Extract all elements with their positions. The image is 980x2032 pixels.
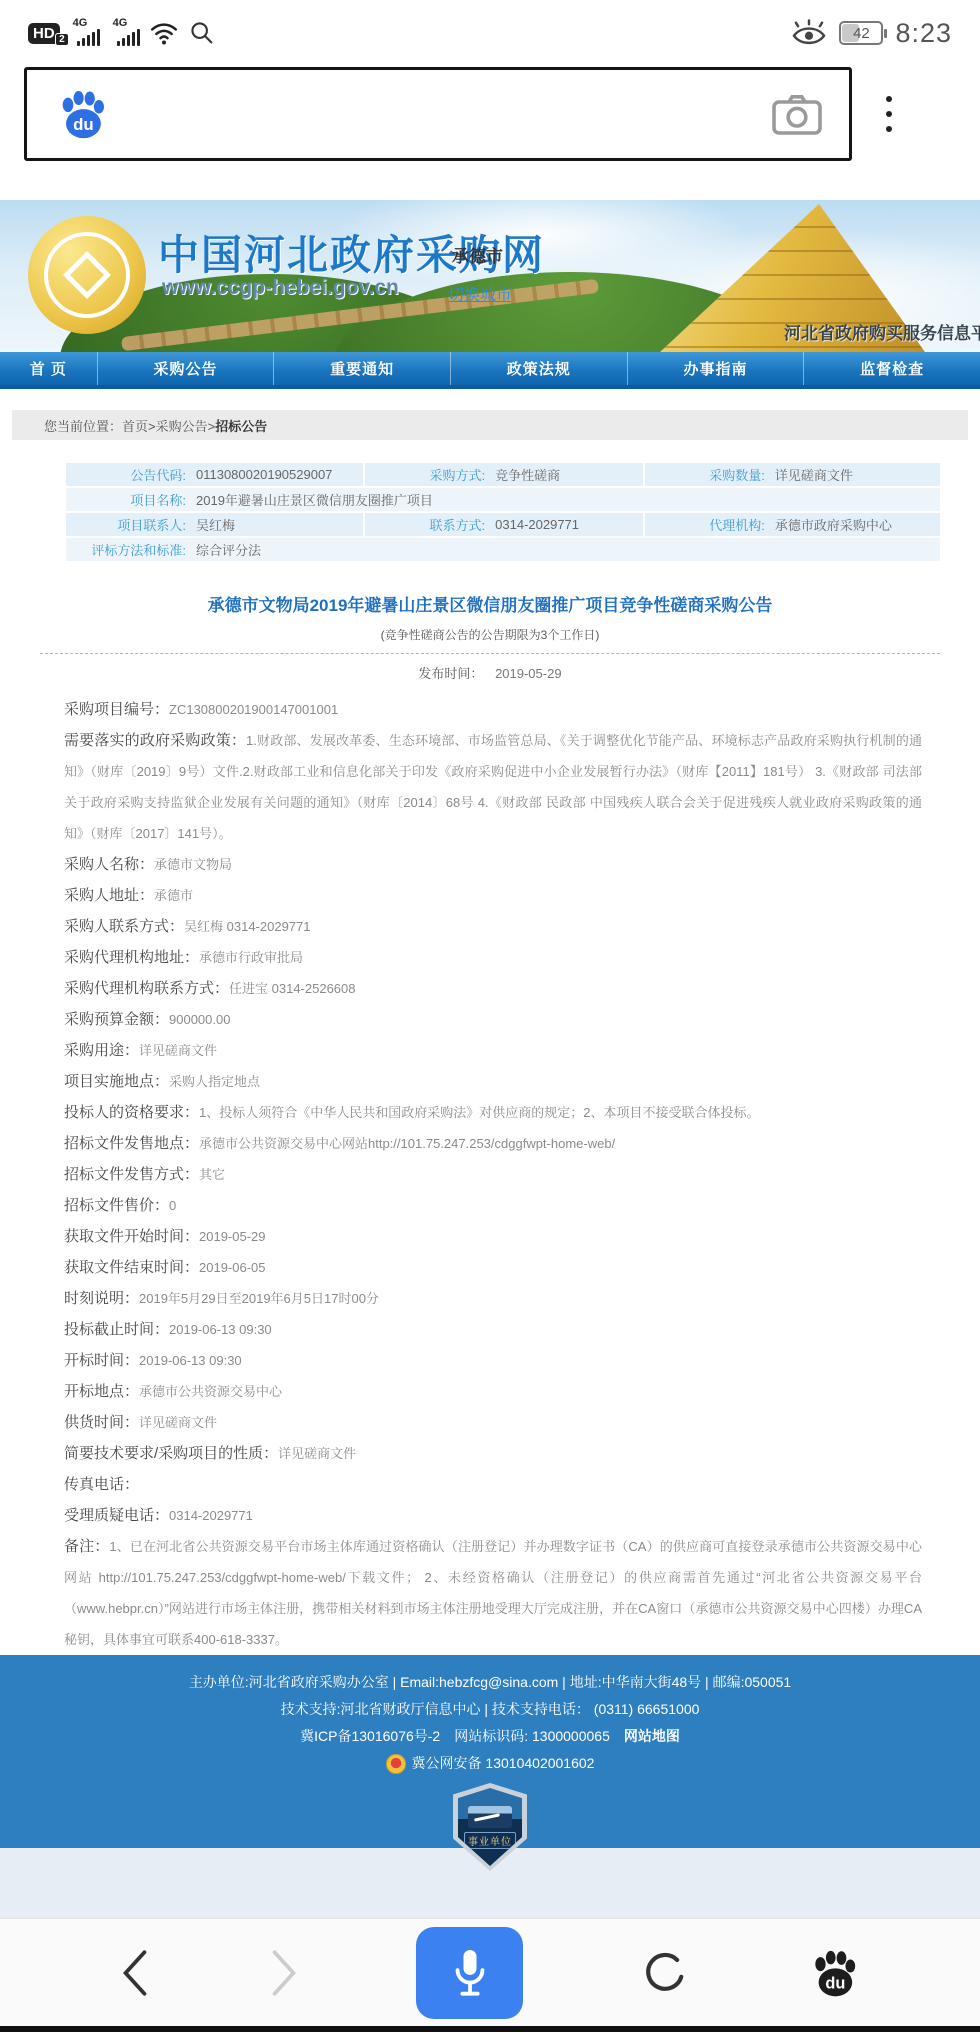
site-banner: 中国河北政府采购网 www.ccgp-hebei.gov.cn 承德市 切换城市… — [0, 200, 980, 352]
article-line: 采购预算金额：900000.00 — [64, 1004, 922, 1035]
breadcrumb-current: 招标公告 — [215, 416, 267, 435]
line-label: 采购代理机构联系方式： — [64, 980, 229, 997]
field-label: 公告代码: — [66, 465, 196, 484]
field-value: 综合评分法 — [196, 540, 261, 559]
info-table-row: 项目名称:2019年避暑山庄景区微信朋友圈推广项目 — [66, 488, 940, 513]
line-label: 获取文件结束时间： — [64, 1259, 199, 1276]
info-table-cell: 项目联系人:吴红梅 — [66, 513, 363, 536]
footer-line: 技术支持:河北省财政厅信息中心 | 技术支持电话： (0311) 6665100… — [0, 1696, 980, 1723]
line-value: 详见磋商文件 — [139, 1415, 217, 1430]
article-line: 时刻说明：2019年5月29日至2019年6月5日17时00分 — [64, 1283, 922, 1314]
line-label: 采购人地址： — [64, 887, 154, 904]
breadcrumb: 您当前位置： 首页>采购公告> 招标公告 — [12, 410, 968, 440]
browser-menu-icon[interactable] — [886, 96, 892, 132]
field-label: 代理机构: — [645, 515, 775, 534]
line-label: 受理质疑电话： — [64, 1507, 169, 1524]
bottom-black-bar — [0, 2026, 980, 2032]
article-line: 投标截止时间：2019-06-13 09:30 — [64, 1314, 922, 1345]
article-line: 投标人的资格要求：1、投标人须符合《中华人民共和国政府采购法》对供应商的规定；2… — [64, 1097, 922, 1128]
search-icon — [188, 19, 216, 47]
footer-text: 技术支持:河北省财政厅信息中心 | 技术支持电话： (0311) 6665100… — [281, 1701, 700, 1717]
field-label: 项目联系人: — [66, 515, 196, 534]
field-value: 承德市政府采购中心 — [775, 515, 892, 534]
article-line: 开标时间：2019-06-13 09:30 — [64, 1345, 922, 1376]
line-value: 承德市行政审批局 — [199, 950, 303, 965]
article-line: 供货时间：详见磋商文件 — [64, 1407, 922, 1438]
line-label: 采购用途： — [64, 1042, 139, 1059]
line-value: 详见磋商文件 — [139, 1043, 217, 1058]
baidu-logo-icon[interactable]: du — [53, 85, 111, 143]
field-value: 吴红梅 — [196, 515, 235, 534]
field-value: 0314-2029771 — [495, 517, 579, 532]
search-input[interactable]: du — [24, 67, 852, 161]
article-line: 采购项目编号：ZC130800201900147001001 — [64, 694, 922, 725]
line-value: 0 — [169, 1198, 176, 1213]
info-table-row: 项目联系人:吴红梅联系方式:0314-2029771代理机构:承德市政府采购中心 — [66, 513, 940, 538]
article-line: 备注：1、已在河北省公共资源交易平台市场主体库通过资格确认（注册登记）并办理数字… — [64, 1531, 922, 1655]
article-line: 传真电话： — [64, 1469, 922, 1500]
status-left: HD2 4G 4G — [28, 19, 216, 47]
line-value: 1.财政部、发展改革委、生态环境部、市场监管总局、《关于调整优化节能产品、环境标… — [64, 733, 922, 841]
line-label: 备注： — [64, 1538, 109, 1555]
line-label: 开标地点： — [64, 1383, 139, 1400]
line-value: 任进宝 0314-2526608 — [229, 981, 355, 996]
nav-item-0[interactable]: 首 页 — [0, 352, 97, 385]
article-line: 招标文件发售方式：其它 — [64, 1159, 922, 1190]
footer-text: 主办单位:河北省政府采购办公室 | Email:hebzfcg@sina.com… — [189, 1674, 791, 1690]
line-label: 需要落实的政府采购政策： — [64, 732, 246, 749]
status-bar: HD2 4G 4G 42 — [0, 0, 980, 66]
field-value: 2019年避暑山庄景区微信朋友圈推广项目 — [196, 490, 433, 509]
line-value: 吴红梅 0314-2029771 — [184, 919, 310, 934]
article-line: 采购代理机构联系方式：任进宝 0314-2526608 — [64, 973, 922, 1004]
article-line: 招标文件售价：0 — [64, 1190, 922, 1221]
breadcrumb-trail[interactable]: 首页>采购公告> — [122, 416, 215, 435]
camera-icon[interactable] — [771, 91, 823, 137]
site-logo-icon[interactable] — [28, 216, 146, 334]
article-line: 开标地点：承德市公共资源交易中心 — [64, 1376, 922, 1407]
line-label: 供货时间： — [64, 1414, 139, 1431]
article-line: 获取文件结束时间：2019-06-05 — [64, 1252, 922, 1283]
badge-text: 事业单位 — [464, 1832, 516, 1849]
info-table-cell: 公告代码:0113080020190529007 — [66, 463, 363, 486]
nav-item-4[interactable]: 办事指南 — [627, 352, 804, 385]
line-value: 承德市 — [154, 888, 193, 903]
battery-percent: 42 — [853, 25, 870, 42]
line-value: 2019-06-13 09:30 — [169, 1322, 272, 1337]
banner-slogan: 河北省政府购买服务信息平 — [784, 319, 980, 344]
page-content: 您当前位置： 首页>采购公告> 招标公告 公告代码:01130800201905… — [0, 389, 980, 1655]
info-table-cell: 采购数量:详见磋商文件 — [643, 463, 940, 486]
article-line: 获取文件开始时间：2019-05-29 — [64, 1221, 922, 1252]
publish-label: 发布时间： — [418, 666, 483, 681]
line-value: ZC130800201900147001001 — [169, 702, 338, 717]
microphone-icon — [447, 1945, 493, 2001]
browser-toolbar: du — [0, 1918, 980, 2026]
security-record-text: 冀公网安备 13010402001602 — [412, 1750, 595, 1777]
line-value: 1、已在河北省公共资源交易平台市场主体库通过资格确认（注册登记）并办理数字证书（… — [64, 1539, 922, 1647]
line-value: 采购人指定地点 — [169, 1074, 260, 1089]
article-body: 采购项目编号：ZC130800201900147001001需要落实的政府采购政… — [64, 694, 922, 1655]
switch-city-link[interactable]: 切换城市 — [448, 282, 512, 305]
baidu-home-icon[interactable]: du — [806, 1945, 862, 2001]
clock: 8:23 — [895, 18, 952, 49]
line-label: 采购预算金额： — [64, 1011, 169, 1028]
article-line: 简要技术要求/采购项目的性质：详见磋商文件 — [64, 1438, 922, 1469]
network-type-label: 4G — [73, 17, 88, 29]
article-line: 项目实施地点：采购人指定地点 — [64, 1066, 922, 1097]
article-line: 采购用途：详见磋商文件 — [64, 1035, 922, 1066]
sitemap-link[interactable]: 网站地图 — [624, 1728, 680, 1744]
line-value: 2019-06-13 09:30 — [139, 1353, 242, 1368]
line-label: 招标文件发售地点： — [64, 1135, 199, 1152]
field-label: 联系方式: — [365, 515, 495, 534]
line-value: 承德市文物局 — [154, 857, 232, 872]
line-label: 项目实施地点： — [64, 1073, 169, 1090]
line-label: 时刻说明： — [64, 1290, 139, 1307]
line-label: 采购人名称： — [64, 856, 154, 873]
article-line: 采购代理机构地址：承德市行政审批局 — [64, 942, 922, 973]
current-city-label: 承德市 — [452, 242, 503, 267]
wifi-icon — [149, 20, 179, 46]
svg-text:du: du — [826, 1974, 846, 1992]
forward-icon[interactable] — [267, 1947, 301, 1999]
footer-text: 冀ICP备13016076号-2 — [300, 1728, 440, 1744]
field-label: 项目名称: — [66, 490, 196, 509]
nav-item-3[interactable]: 政策法规 — [450, 352, 627, 385]
publish-date: 2019-05-29 — [495, 666, 562, 681]
hd-badge-icon: HD2 — [28, 23, 60, 44]
article-line: 采购人名称：承德市文物局 — [64, 849, 922, 880]
site-url: www.ccgp-hebei.gov.cn — [162, 276, 399, 300]
line-label: 招标文件售价： — [64, 1197, 169, 1214]
refresh-icon[interactable] — [639, 1947, 691, 1999]
signal-icon: 4G — [77, 21, 100, 46]
site-footer: 主办单位:河北省政府采购办公室 | Email:hebzfcg@sina.com… — [0, 1655, 980, 1848]
field-label: 采购方式: — [365, 465, 495, 484]
info-table-cell: 联系方式:0314-2029771 — [363, 513, 643, 536]
dashed-divider — [40, 653, 940, 654]
info-table-row: 公告代码:0113080020190529007采购方式:竞争性磋商采购数量:详… — [66, 463, 940, 488]
line-value: 其它 — [199, 1167, 225, 1182]
article-line: 受理质疑电话：0314-2029771 — [64, 1500, 922, 1531]
nav-bar: 首 页采购公告重要通知政策法规办事指南监督检查 — [0, 352, 980, 389]
hd-sub-badge: 2 — [55, 33, 69, 46]
field-value: 详见磋商文件 — [775, 465, 853, 484]
line-value: 0314-2029771 — [169, 1508, 253, 1523]
info-table-cell: 采购方式:竞争性磋商 — [363, 463, 643, 486]
voice-search-button[interactable] — [416, 1927, 523, 2019]
line-label: 采购人联系方式： — [64, 918, 184, 935]
line-label: 获取文件开始时间： — [64, 1228, 199, 1245]
footer-lines: 主办单位:河北省政府采购办公室 | Email:hebzfcg@sina.com… — [0, 1669, 980, 1750]
line-value: 2019-06-05 — [199, 1260, 266, 1275]
nav-item-1[interactable]: 采购公告 — [97, 352, 274, 385]
nav-item-5[interactable]: 监督检查 — [803, 352, 980, 385]
eye-comfort-icon — [791, 18, 827, 48]
nav-item-2[interactable]: 重要通知 — [273, 352, 450, 385]
battery-icon: 42 — [839, 21, 883, 45]
publish-row: 发布时间： 2019-05-29 — [0, 663, 980, 682]
footer-text: 网站标识码: 1300000065 — [454, 1728, 610, 1744]
browser-search-row: du — [0, 66, 980, 162]
svg-text:du: du — [73, 115, 94, 134]
line-value: 承德市公共资源交易中心 — [139, 1384, 282, 1399]
article-line: 采购人地址：承德市 — [64, 880, 922, 911]
spacer — [0, 162, 980, 200]
footer-line: 冀ICP备13016076号-2网站标识码: 1300000065网站地图 — [0, 1723, 980, 1750]
signal-icon-2: 4G — [117, 21, 140, 46]
field-value: 竞争性磋商 — [495, 465, 560, 484]
line-value: 900000.00 — [169, 1012, 230, 1027]
line-label: 采购项目编号： — [64, 701, 169, 718]
article-title: 承德市文物局2019年避暑山庄景区微信朋友圈推广项目竞争性磋商采购公告 — [0, 591, 980, 616]
line-value: 2019-05-29 — [199, 1229, 266, 1244]
breadcrumb-prefix: 您当前位置： — [44, 416, 122, 435]
line-label: 招标文件发售方式： — [64, 1166, 199, 1183]
info-table-cell: 项目名称:2019年避暑山庄景区微信朋友圈推广项目 — [66, 488, 940, 511]
line-label: 投标人的资格要求： — [64, 1104, 199, 1121]
article-line: 招标文件发售地点：承德市公共资源交易中心网站http://101.75.247.… — [64, 1128, 922, 1159]
line-value: 1、投标人须符合《中华人民共和国政府采购法》对供应商的规定；2、本项目不接受联合… — [199, 1105, 759, 1120]
line-label: 传真电话： — [64, 1476, 139, 1493]
back-icon[interactable] — [118, 1947, 152, 1999]
field-label: 采购数量: — [645, 465, 775, 484]
footer-line: 主办单位:河北省政府采购办公室 | Email:hebzfcg@sina.com… — [0, 1669, 980, 1696]
article-subtitle: (竞争性磋商公告的公告期限为3个工作日) — [0, 626, 980, 643]
line-label: 投标截止时间： — [64, 1321, 169, 1338]
status-right: 42 8:23 — [791, 18, 952, 49]
line-value: 承德市公共资源交易中心网站http://101.75.247.253/cdggf… — [199, 1136, 615, 1151]
security-record-row[interactable]: 冀公网安备 13010402001602 — [0, 1750, 980, 1777]
battery-nub — [884, 29, 887, 38]
info-table-cell: 代理机构:承德市政府采购中心 — [643, 513, 940, 536]
info-table: 公告代码:0113080020190529007采购方式:竞争性磋商采购数量:详… — [66, 463, 940, 563]
line-label: 简要技术要求/采购项目的性质： — [64, 1445, 278, 1462]
article-line: 采购人联系方式：吴红梅 0314-2029771 — [64, 911, 922, 942]
field-value: 0113080020190529007 — [196, 467, 332, 482]
info-table-cell: 评标方法和标准:综合评分法 — [66, 538, 940, 561]
line-value: 2019年5月29日至2019年6月5日17时00分 — [139, 1291, 379, 1306]
article-line: 需要落实的政府采购政策：1.财政部、发展改革委、生态环境部、市场监管总局、《关于… — [64, 725, 922, 849]
line-label: 采购代理机构地址： — [64, 949, 199, 966]
network-type-label-2: 4G — [113, 17, 128, 29]
police-badge-icon — [386, 1754, 406, 1774]
field-label: 评标方法和标准: — [66, 540, 196, 559]
badge-mountain-graphic — [468, 1806, 512, 1828]
info-table-row: 评标方法和标准:综合评分法 — [66, 538, 940, 563]
line-label: 开标时间： — [64, 1352, 139, 1369]
line-value: 详见磋商文件 — [278, 1446, 356, 1461]
